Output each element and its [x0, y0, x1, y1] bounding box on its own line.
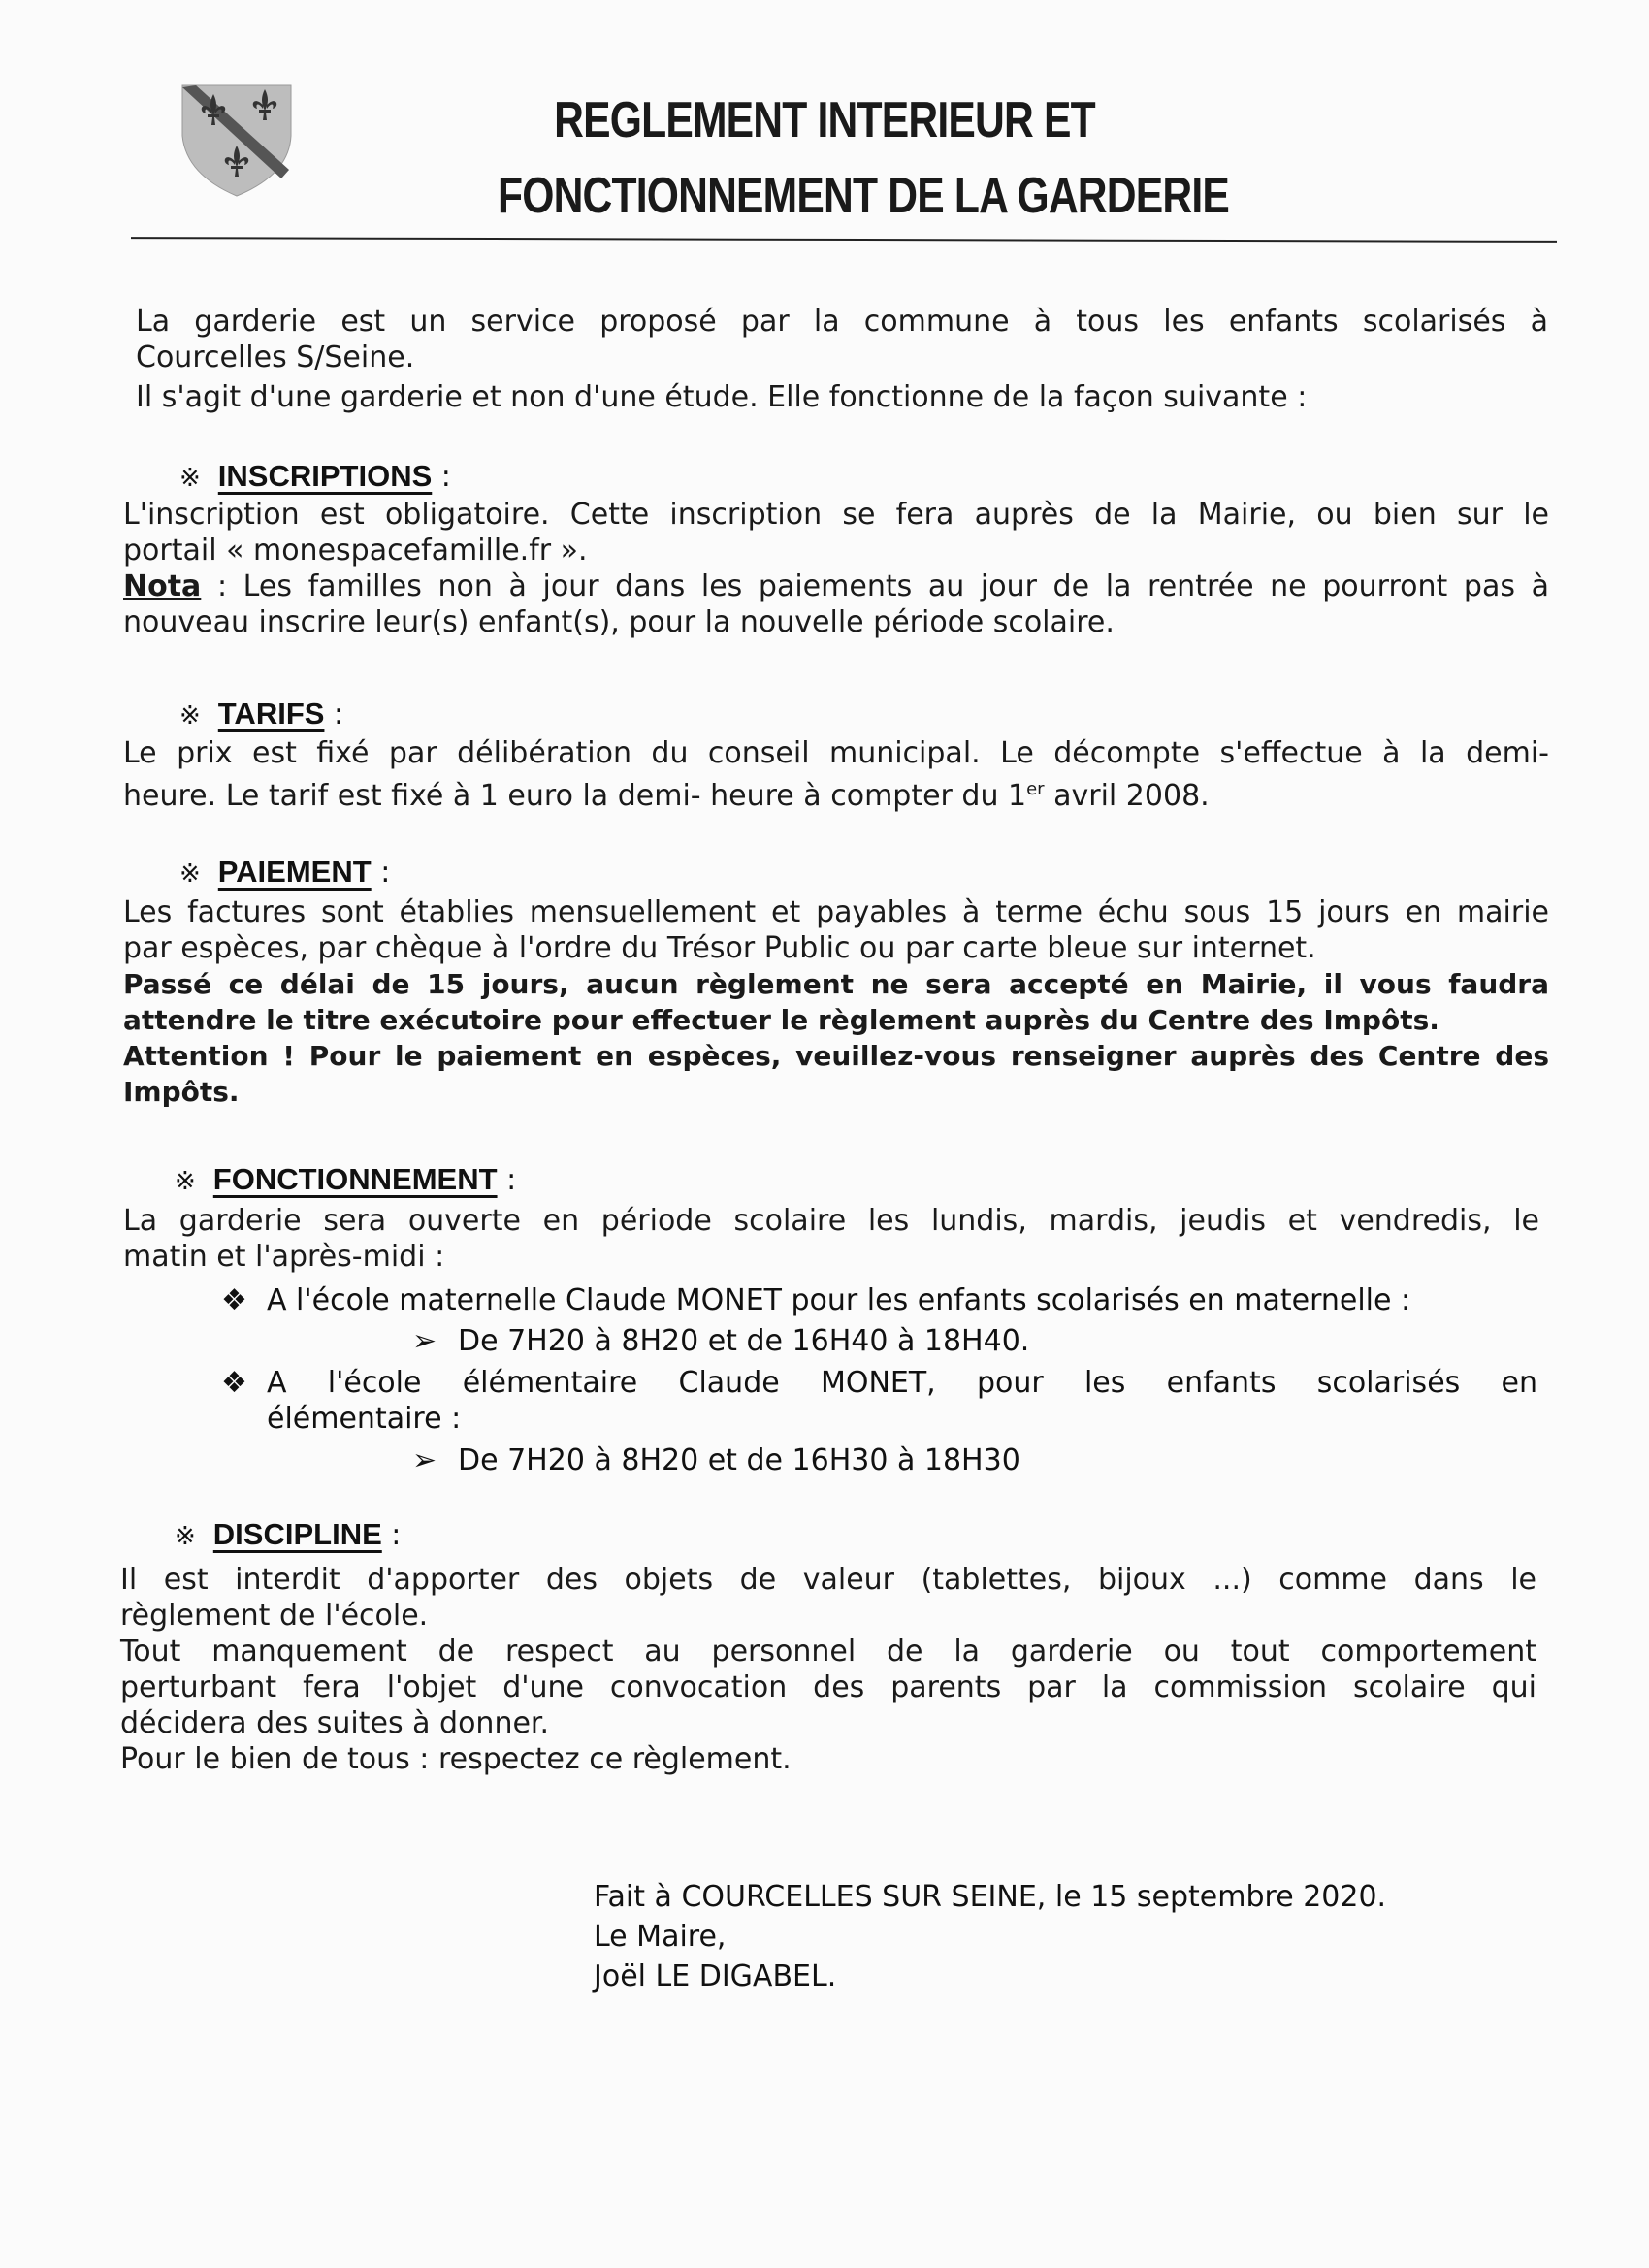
- section-heading-discipline: ※DISCIPLINE :: [175, 1516, 401, 1555]
- reference-mark-icon: ※: [179, 464, 201, 493]
- school-item-elementaire: A l'école élémentaire Claude MONET, pour…: [267, 1365, 1537, 1401]
- diamond-bullet-icon: ❖: [221, 1365, 247, 1401]
- discipline-paragraph: Il est interdit d'apporter des objets de…: [120, 1562, 1536, 1777]
- document-title-line1: REGLEMENT INTERIEUR ET: [148, 91, 1501, 149]
- signatory-role: Le Maire,: [594, 1917, 1386, 1957]
- arrow-bullet-icon: ➢: [412, 1323, 436, 1359]
- arrow-bullet-icon: ➢: [412, 1442, 436, 1478]
- intro-paragraph: La garderie est un service proposé par l…: [136, 304, 1548, 415]
- reference-mark-icon: ※: [179, 701, 201, 730]
- place-date: Fait à COURCELLES SUR SEINE, le 15 septe…: [594, 1877, 1386, 1917]
- school-item-maternelle: A l'école maternelle Claude MONET pour l…: [267, 1282, 1528, 1318]
- section-heading-fonctionnement: ※FONCTIONNEMENT :: [175, 1161, 516, 1200]
- nota-label: Nota: [123, 569, 201, 603]
- fonctionnement-paragraph: La garderie sera ouverte en période scol…: [123, 1203, 1539, 1275]
- diamond-bullet-icon: ❖: [221, 1282, 247, 1318]
- reference-mark-icon: ※: [179, 859, 201, 889]
- tarifs-paragraph: Le prix est fixé par délibération du con…: [123, 735, 1549, 814]
- inscriptions-paragraph: L'inscription est obligatoire. Cette ins…: [123, 497, 1549, 640]
- section-heading-inscriptions: ※INSCRIPTIONS :: [179, 458, 451, 497]
- header-divider: [131, 237, 1557, 243]
- section-heading-tarifs: ※TARIFS :: [179, 696, 343, 734]
- signature-block: Fait à COURCELLES SUR SEINE, le 15 septe…: [594, 1877, 1386, 1996]
- reference-mark-icon: ※: [175, 1522, 196, 1551]
- section-heading-paiement: ※PAIEMENT :: [179, 854, 390, 892]
- reference-mark-icon: ※: [175, 1167, 196, 1196]
- signatory-name: Joël LE DIGABEL.: [594, 1957, 1386, 1996]
- hours-elementaire: De 7H20 à 8H20 et de 16H30 à 18H30: [458, 1442, 1020, 1478]
- school-item-elementaire-cont: élémentaire :: [267, 1401, 461, 1437]
- document-title-line2: FONCTIONNEMENT DE LA GARDERIE: [187, 167, 1539, 225]
- paiement-paragraph: Les factures sont établies mensuellement…: [123, 894, 1549, 1110]
- hours-maternelle: De 7H20 à 8H20 et de 16H40 à 18H40.: [458, 1323, 1029, 1359]
